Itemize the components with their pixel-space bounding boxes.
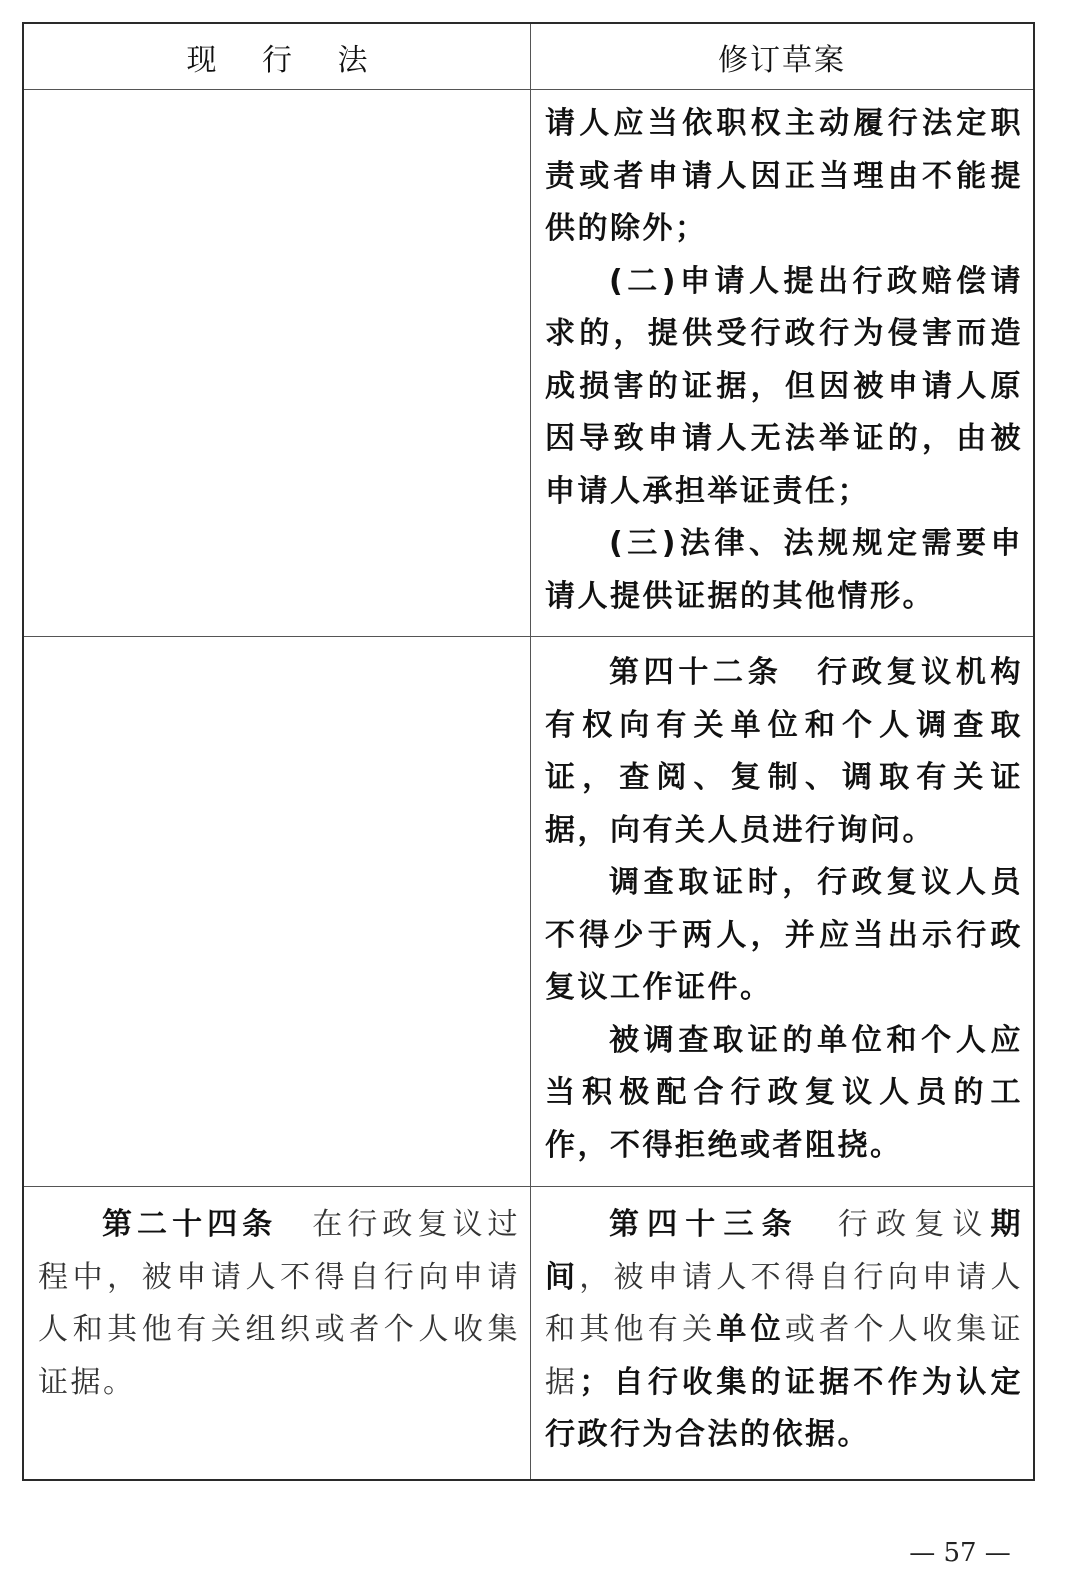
paragraph: 调查取证时，行政复议人员不得少于两人，并应当出示行政复议工作证件。 [545,857,1023,1015]
page-number: — 57 — [890,1538,1030,1568]
article-number: 第四十三条 [609,1207,800,1242]
current-law-cell [24,90,531,636]
header-current-law: 现 行 法 [24,24,531,89]
paragraph: (三)法律、法规规定需要申请人提供证据的其他情形。 [545,518,1023,623]
paragraph: 第四十三条 行政复议期间，被申请人不得自行向申请人和其他有关单位或者个人收集证据… [545,1199,1023,1462]
article-number: 第四十二条 [609,655,782,690]
header-revised-draft: 修订草案 [531,24,1033,89]
article-number: 第二十四条 [102,1207,277,1242]
paragraph: 被调查取证的单位和个人应当积极配合行政复议人员的工作，不得拒绝或者阻挠。 [545,1015,1023,1173]
text-revised: 单位 [716,1312,785,1347]
table-row: 请人应当依职权主动履行法定职责或者申请人因正当理由不能提供的除外； (二)申请人… [24,90,1033,637]
paragraph: (二)申请人提出行政赔偿请求的，提供受行政行为侵害而造成损害的证据，但因被申请人… [545,256,1023,519]
paragraph: 第四十二条 行政复议机构有权向有关单位和个人调查取证，查阅、复制、调取有关证据，… [545,647,1023,857]
header-current-law-label: 现 行 法 [168,35,385,79]
table-row: 第二十四条 在行政复议过程中，被申请人不得自行向申请人和其他有关组织或者个人收集… [24,1187,1033,1479]
revised-draft-cell: 请人应当依职权主动履行法定职责或者申请人因正当理由不能提供的除外； (二)申请人… [531,90,1033,636]
text-unchanged: 行政复议 [838,1207,991,1242]
revised-draft-cell: 第四十三条 行政复议期间，被申请人不得自行向申请人和其他有关单位或者个人收集证据… [531,1187,1033,1479]
header-revised-draft-label: 修订草案 [718,35,846,79]
current-law-cell: 第二十四条 在行政复议过程中，被申请人不得自行向申请人和其他有关组织或者个人收集… [24,1187,531,1479]
comparison-table: 现 行 法 修订草案 请人应当依职权主动履行法定职责或者申请人因正当理由不能提供… [22,22,1035,1481]
current-law-cell [24,637,531,1186]
table-row: 第四十二条 行政复议机构有权向有关单位和个人调查取证，查阅、复制、调取有关证据，… [24,637,1033,1187]
paragraph: 第二十四条 在行政复议过程中，被申请人不得自行向申请人和其他有关组织或者个人收集… [38,1199,520,1409]
revised-draft-cell: 第四十二条 行政复议机构有权向有关单位和个人调查取证，查阅、复制、调取有关证据，… [531,637,1033,1186]
paragraph: 请人应当依职权主动履行法定职责或者申请人因正当理由不能提供的除外； [545,98,1023,256]
table-header-row: 现 行 法 修订草案 [24,24,1033,90]
text-revised: ；自行收集的证据不作为认定行政行为合法的依据。 [545,1365,1023,1453]
